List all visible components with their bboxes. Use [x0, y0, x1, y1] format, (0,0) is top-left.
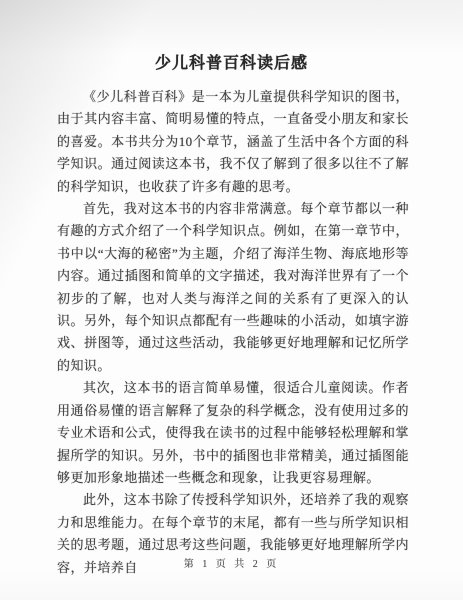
paragraph: 其次，这本书的语言简单易懂，很适合儿童阅读。作者用通俗易懂的语言解释了复杂的科学… — [57, 377, 409, 489]
paragraph: 《少儿科普百科》是一本为儿童提供科学知识的图书，由于其内容丰富、简明易懂的特点，… — [57, 86, 409, 198]
page-number-footer: 第 1 页 共 2 页 — [0, 555, 463, 570]
document-title: 少儿科普百科读后感 — [0, 0, 463, 73]
document-body: 《少儿科普百科》是一本为儿童提供科学知识的图书，由于其内容丰富、简明易懂的特点，… — [57, 86, 409, 579]
document-page: 少儿科普百科读后感 《少儿科普百科》是一本为儿童提供科学知识的图书，由于其内容丰… — [0, 0, 463, 600]
paragraph: 首先，我对这本书的内容非常满意。每个章节都以一种有趣的方式介绍了一个科学知识点。… — [57, 198, 409, 377]
